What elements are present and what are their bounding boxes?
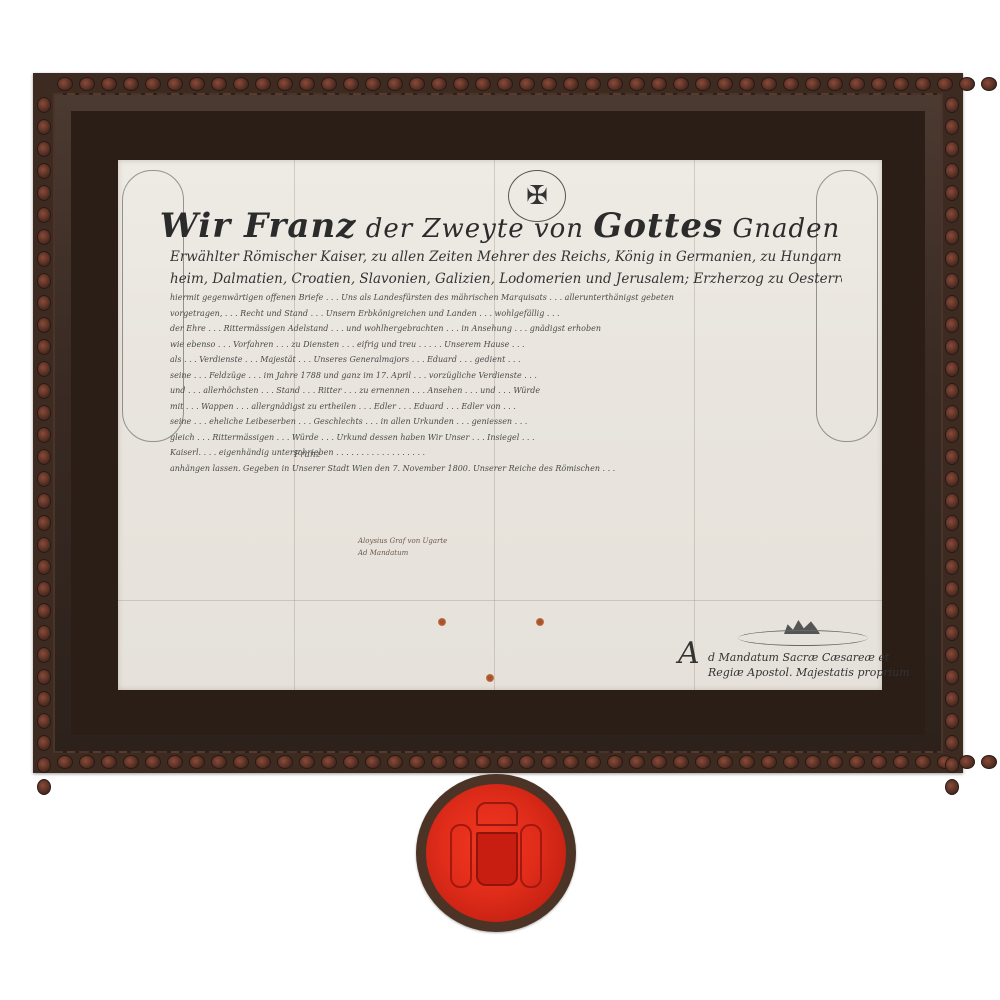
- body-line: anhängen lassen. Gegeben in Unserer Stad…: [170, 461, 820, 477]
- body-line: seine . . . eheliche Leibeserben . . . G…: [170, 414, 820, 430]
- mandate-line: d Mandatum Sacræ Cæsareæ et: [708, 650, 910, 665]
- countersignature-line: Ad Mandatum: [358, 547, 447, 559]
- countersignature: Aloysius Graf von Ugarte Ad Mandatum: [358, 535, 447, 559]
- frame-bead-row-bottom: [57, 755, 937, 769]
- body-line: vorgetragen, . . . Recht und Stand . . .…: [170, 306, 820, 322]
- document-heading: ✠ Wir Franz der Zweyte von Gottes Gnaden: [158, 166, 842, 246]
- mandate-initial: A: [678, 636, 700, 671]
- rust-pin-mark: [438, 618, 446, 626]
- body-line: hiermit gegenwärtigen offenen Briefe . .…: [170, 290, 820, 306]
- body-line: Kaiserl. . . . eigenhändig unterschriebe…: [170, 445, 820, 461]
- coat-of-arms-shield-icon: [476, 832, 518, 886]
- heading-gottes: Gottes: [593, 206, 723, 246]
- heading-end: Gnaden: [732, 214, 840, 244]
- body-line: wie ebenso . . . Vorfahren . . . zu Dien…: [170, 337, 820, 353]
- subtitle-line: heim, Dalmatien, Croatien, Slavonien, Ga…: [170, 268, 842, 290]
- ad-mandatum-clause: A d Mandatum Sacræ Cæsareæ et Regiæ Apos…: [678, 620, 874, 684]
- rust-pin-mark: [536, 618, 544, 626]
- seal-supporter-left: [450, 824, 472, 888]
- subtitle-line: Erwählter Römischer Kaiser, zu allen Zei…: [170, 246, 842, 268]
- heading-line: Wir Franz der Zweyte von Gottes Gnaden: [158, 206, 842, 246]
- body-line: gleich . . . Rittermässigen . . . Würde …: [170, 430, 820, 446]
- frame-bead-row-top: [57, 77, 937, 91]
- calligraphic-swirl: [738, 630, 868, 646]
- body-line: und . . . allerhöchsten . . . Stand . . …: [170, 383, 820, 399]
- heading-main-text: der Zweyte von: [366, 214, 584, 244]
- heading-initial-words: Wir Franz: [160, 206, 357, 246]
- document-body: hiermit gegenwärtigen offenen Briefe . .…: [170, 290, 820, 476]
- countersignature-line: Aloysius Graf von Ugarte: [358, 535, 447, 547]
- body-line: der Ehre . . . Rittermässigen Adelstand …: [170, 321, 820, 337]
- mandate-line: Regiæ Apostol. Majestatis proprium: [708, 665, 910, 680]
- rust-pin-mark: [486, 674, 494, 682]
- seal-crown-icon: [476, 802, 518, 826]
- body-line: als . . . Verdienste . . . Majestät . . …: [170, 352, 820, 368]
- imperial-titles: Erwählter Römischer Kaiser, zu allen Zei…: [170, 246, 842, 290]
- imperial-signature: Franz: [294, 450, 320, 460]
- wax-seal-box: [416, 774, 576, 932]
- fold-line: [118, 600, 882, 601]
- mandate-text: d Mandatum Sacræ Cæsareæ et Regiæ Aposto…: [708, 650, 910, 680]
- seal-supporter-right: [520, 824, 542, 888]
- parchment-document: ✠ Wir Franz der Zweyte von Gottes Gnaden…: [118, 160, 882, 690]
- frame-bead-col-right: [945, 97, 959, 747]
- frame-bead-col-left: [37, 97, 51, 747]
- red-wax-seal: [426, 784, 566, 922]
- body-line: mit . . . Wappen . . . allergnädigst zu …: [170, 399, 820, 415]
- body-line: seine . . . Feldzüge . . . im Jahre 1788…: [170, 368, 820, 384]
